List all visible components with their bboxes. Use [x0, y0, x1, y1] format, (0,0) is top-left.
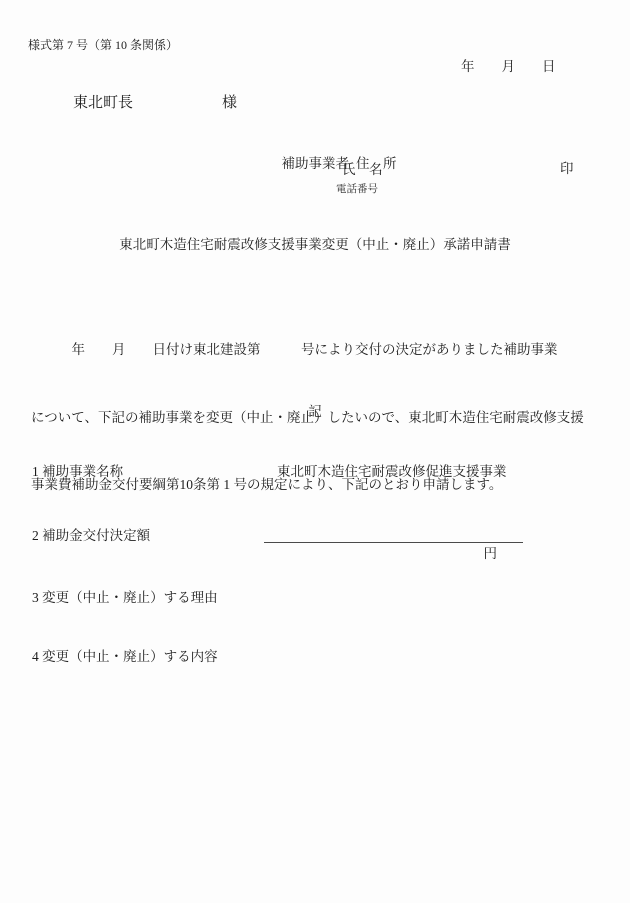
recipient-honorific: 様 — [222, 95, 237, 111]
item-3-label: 3 変更（中止・廃止）する理由 — [32, 586, 218, 606]
phone-label: 電話番号 — [336, 181, 378, 196]
amount-unit: 円 — [484, 546, 498, 561]
item-4-label: 4 変更（中止・廃止）する内容 — [32, 645, 218, 665]
amount-blank-field: 円 — [264, 526, 523, 543]
document-page: 様式第 7 号（第 10 条関係） 年 月 日 東北町長様 補助事業者住 所 氏… — [0, 0, 630, 903]
form-number: 様式第 7 号（第 10 条関係） — [28, 36, 178, 53]
item-1-label: 1 補助事業名称 — [32, 460, 123, 480]
document-title: 東北町木造住宅耐震改修支援事業変更（中止・廃止）承諾申請書 — [0, 233, 630, 253]
item-1-value: 東北町木造住宅耐震改修促進支援事業 — [277, 460, 507, 480]
date-line: 年 月 日 — [461, 55, 556, 75]
seal-mark: 印 — [560, 157, 574, 177]
recipient-name: 東北町長 — [73, 95, 133, 111]
applicant-label: 補助事業者 — [282, 156, 350, 171]
name-label: 氏 名 — [342, 158, 383, 178]
body-line-1: 年 月 日付け東北建設第 号により交付の決定がありました補助事業 — [31, 339, 593, 362]
item-2-label: 2 補助金交付決定額 — [32, 524, 150, 544]
record-marker: 記 — [0, 400, 630, 420]
recipient-line: 東北町長様 — [58, 74, 237, 129]
